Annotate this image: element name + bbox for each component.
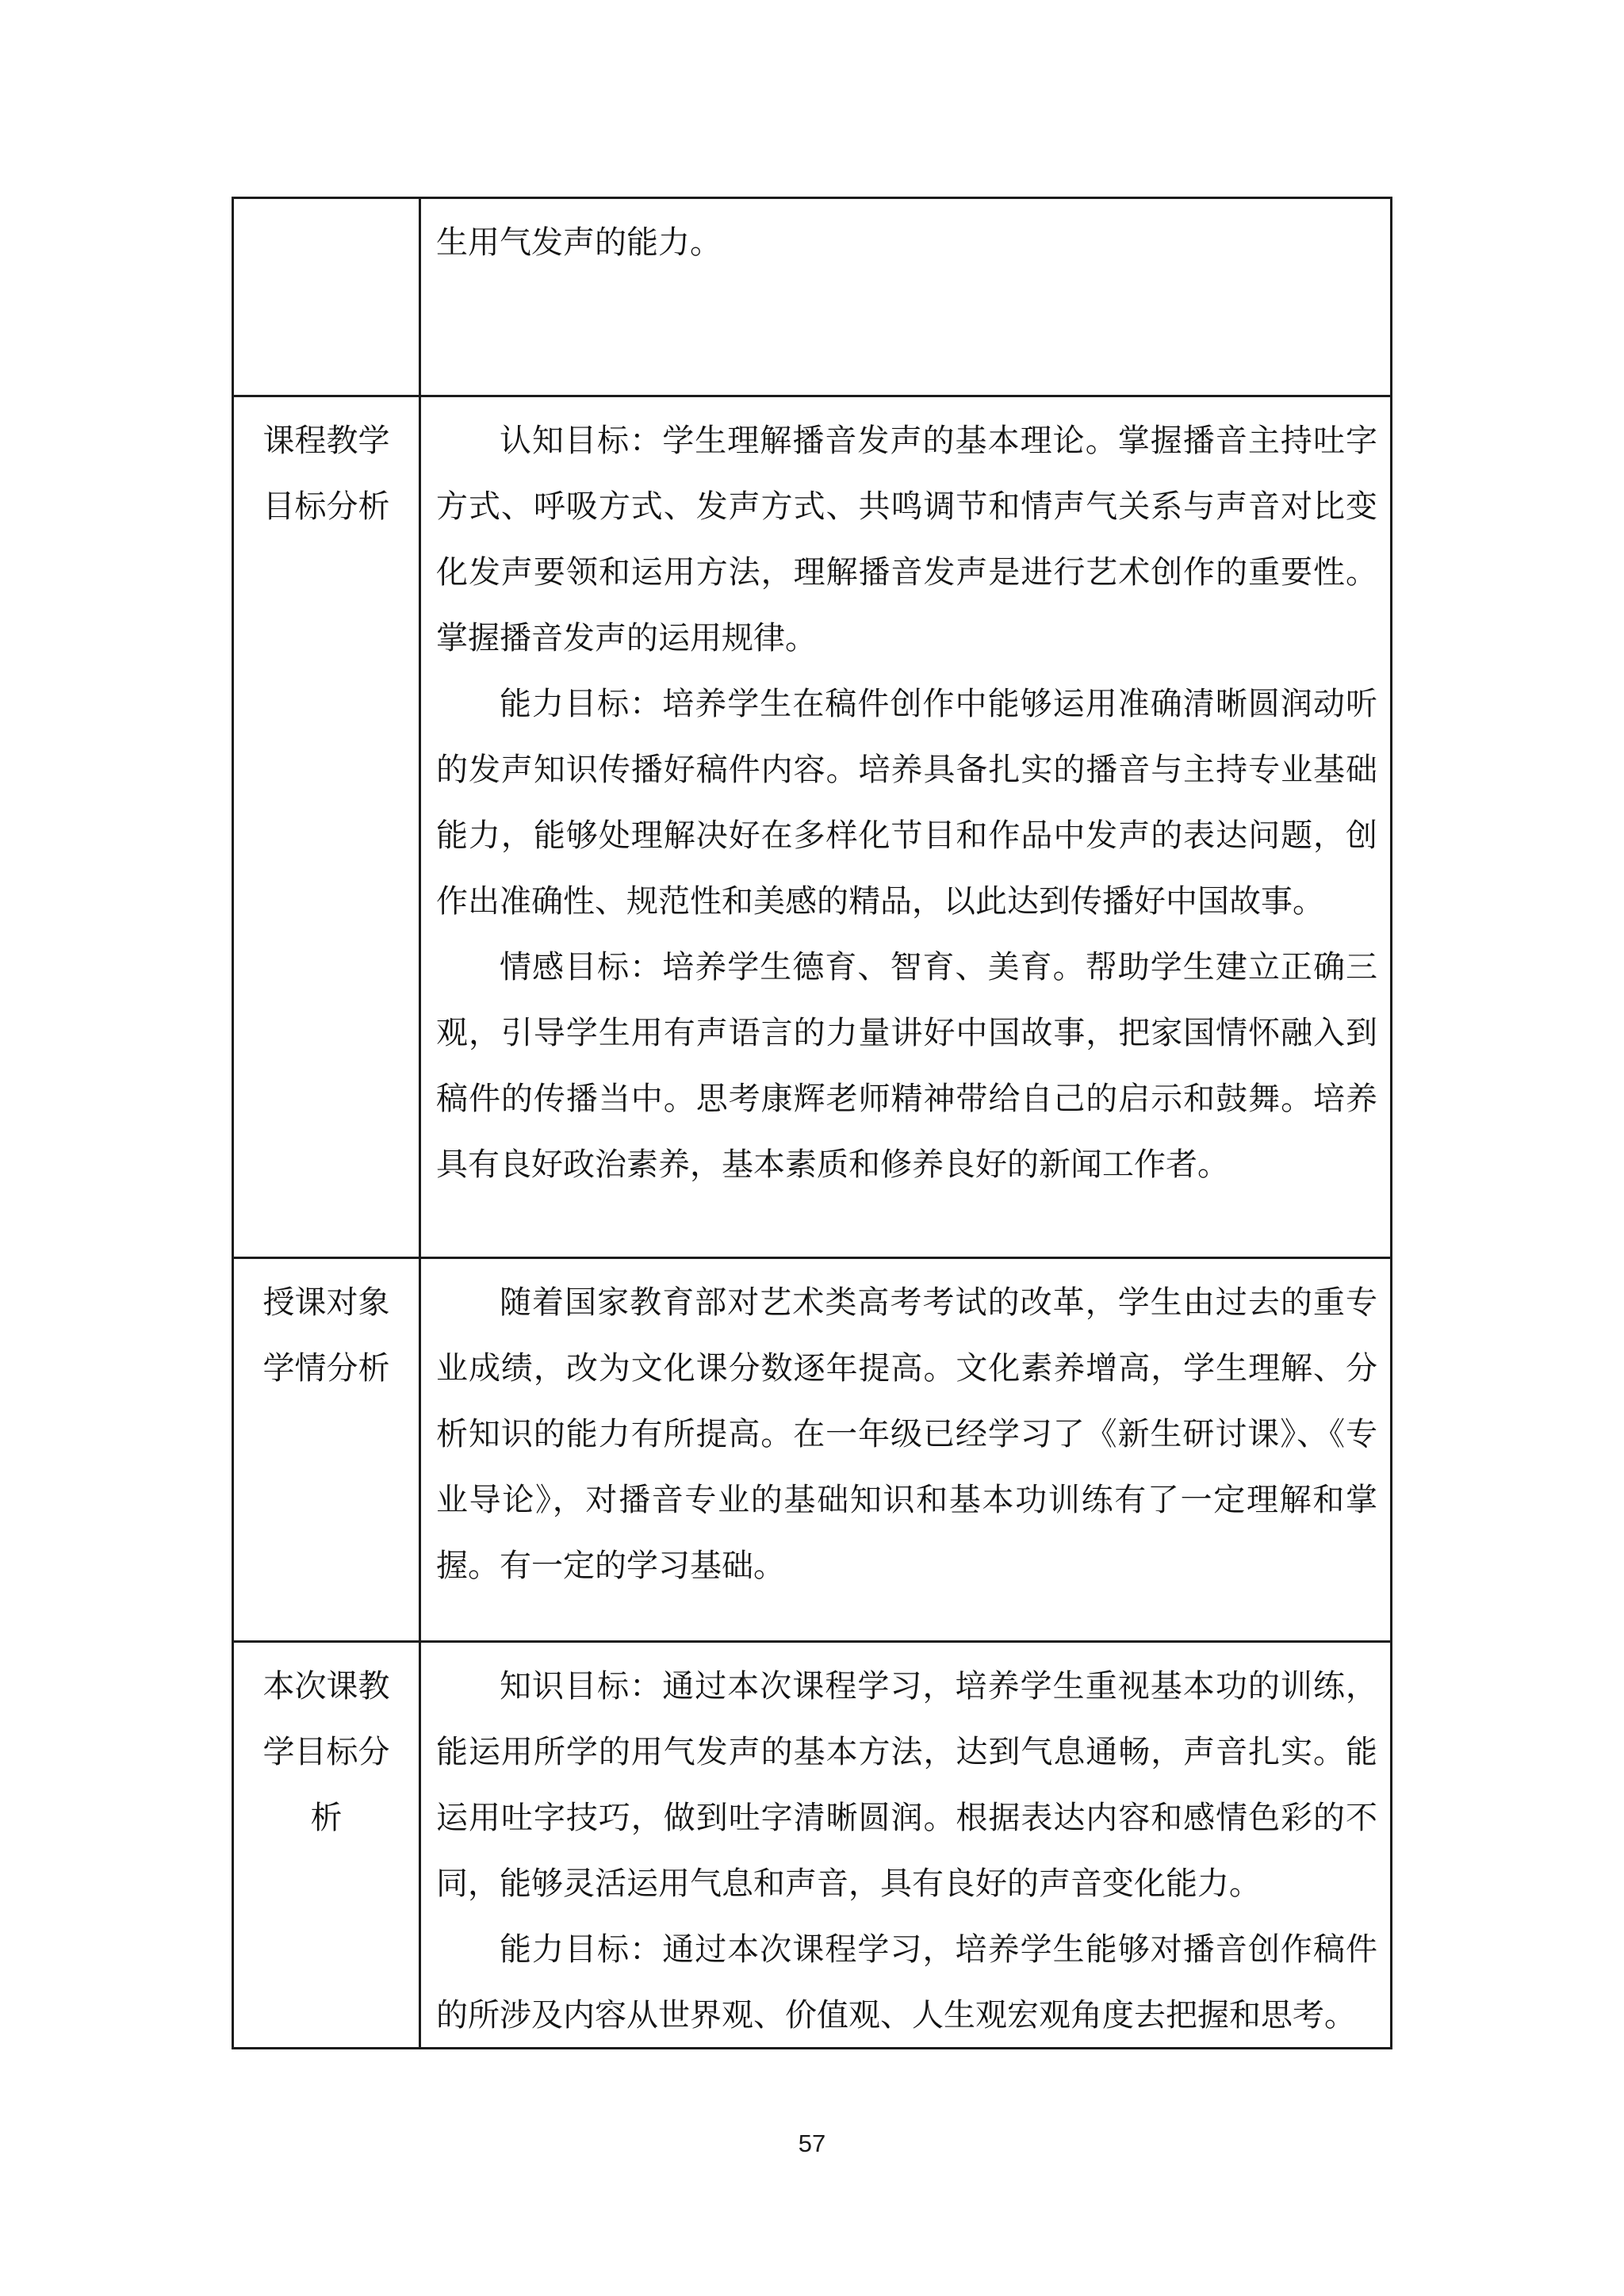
row-content-cell: 随着国家教育部对艺术类高考考试的改革，学生由过去的重专业成绩，改为文化课分数逐年… bbox=[421, 1259, 1390, 1640]
page-number: 57 bbox=[0, 2130, 1624, 2158]
paragraph: 情感目标：培养学生德育、智育、美育。帮助学生建立正确三观，引导学生用有声语言的力… bbox=[436, 934, 1377, 1197]
paragraph: 生用气发声的能力。 bbox=[436, 209, 1377, 275]
table-row: 生用气发声的能力。 bbox=[234, 199, 1390, 395]
paragraph: 能力目标：培养学生在稿件创作中能够运用准确清晰圆润动听的发声知识传播好稿件内容。… bbox=[436, 671, 1377, 934]
table-row: 本次课教学目标分析知识目标：通过本次课程学习，培养学生重视基本功的训练，能运用所… bbox=[234, 1640, 1390, 2047]
row-content-cell: 生用气发声的能力。 bbox=[421, 199, 1390, 395]
row-header-cell: 授课对象学情分析 bbox=[234, 1259, 421, 1640]
paragraph: 随着国家教育部对艺术类高考考试的改革，学生由过去的重专业成绩，改为文化课分数逐年… bbox=[436, 1269, 1377, 1598]
row-content-cell: 知识目标：通过本次课程学习，培养学生重视基本功的训练，能运用所学的用气发声的基本… bbox=[421, 1643, 1390, 2047]
paragraph: 能力目标：通过本次课程学习，培养学生能够对播音创作稿件的所涉及内容从世界观、价值… bbox=[436, 1916, 1377, 2047]
paragraph: 认知目标：学生理解播音发声的基本理论。掌握播音主持吐字方式、呼吸方式、发声方式、… bbox=[436, 408, 1377, 671]
row-content-cell: 认知目标：学生理解播音发声的基本理论。掌握播音主持吐字方式、呼吸方式、发声方式、… bbox=[421, 397, 1390, 1257]
table-row: 授课对象学情分析随着国家教育部对艺术类高考考试的改革，学生由过去的重专业成绩，改… bbox=[234, 1257, 1390, 1640]
document-page: 生用气发声的能力。课程教学目标分析认知目标：学生理解播音发声的基本理论。掌握播音… bbox=[0, 0, 1624, 2296]
row-header-cell: 课程教学目标分析 bbox=[234, 397, 421, 1257]
row-header-cell bbox=[234, 199, 421, 395]
lesson-plan-table: 生用气发声的能力。课程教学目标分析认知目标：学生理解播音发声的基本理论。掌握播音… bbox=[232, 197, 1392, 2049]
row-header-cell: 本次课教学目标分析 bbox=[234, 1643, 421, 2047]
table-row: 课程教学目标分析认知目标：学生理解播音发声的基本理论。掌握播音主持吐字方式、呼吸… bbox=[234, 395, 1390, 1257]
paragraph: 知识目标：通过本次课程学习，培养学生重视基本功的训练，能运用所学的用气发声的基本… bbox=[436, 1653, 1377, 1916]
